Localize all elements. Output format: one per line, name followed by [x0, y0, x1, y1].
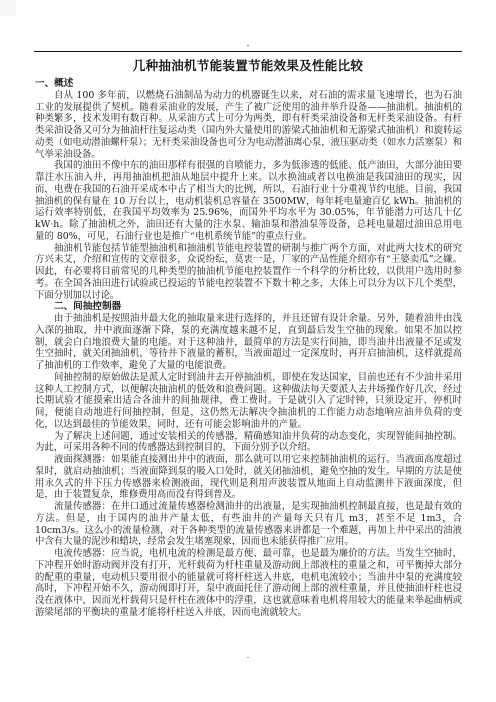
paragraph: 为了解决上述问题，通过安装相关的传感器，精确感知油井负荷的动态变化，实现智能间抽…: [35, 431, 462, 455]
paragraph-level-detector: 液面探测器：如果能直接测出井中的液面，那么就可以用它来控制抽油机的运行。当液面高…: [35, 454, 462, 501]
paragraph: 自从 100 多年前，以燃烧石油制品为动力的机器诞生以来，对石油的需求量飞速增长…: [35, 90, 462, 161]
paragraph: 我国的油田不像中东的油田那样有很强的自喷能力，多为低渗透的低能、低产油田，大部分…: [35, 160, 462, 242]
paragraph-current-sensor: 电流传感器：应当说，电机电流的检测是最方便、最可靠，也是最为廉价的方法。当发生空…: [35, 548, 462, 619]
header-mark: [247, 45, 249, 46]
corner-mark: [0, 0, 16, 16]
document-body: 一、概述 自从 100 多年前，以燃烧石油制品为动力的机器诞生以来，对石油的需求…: [35, 78, 462, 619]
document-page: 几种抽油机节能装置节能效果及性能比较 一、概述 自从 100 多年前，以燃烧石油…: [0, 0, 496, 702]
paragraph-flow-sensor: 流量传感器：在井口通过流量传感器检测油井的出液量，是实现抽油机控制最直接，也是最…: [35, 501, 462, 548]
section-heading-overview: 一、概述: [35, 78, 462, 90]
paragraph: 间抽控制的原始做法是派人定时到油井去开停抽油机，即使在发达国家，目前也还有不少油…: [35, 372, 462, 431]
paragraph: 由于抽油机是按照油井最大化的抽取量来进行选择的，并且还留有设计余量。另外，随着油…: [35, 313, 462, 372]
document-title: 几种抽油机节能装置节能效果及性能比较: [34, 58, 462, 74]
footer-mark: [247, 657, 249, 658]
section-heading-intermittent-controller: 二、间抽控制器: [35, 301, 462, 313]
paragraph: 抽油机节能包括节能型抽油机和抽油机节能电控装置的研制与推广两个方面，对此两大技术…: [35, 243, 462, 302]
header-rule: [34, 51, 462, 52]
